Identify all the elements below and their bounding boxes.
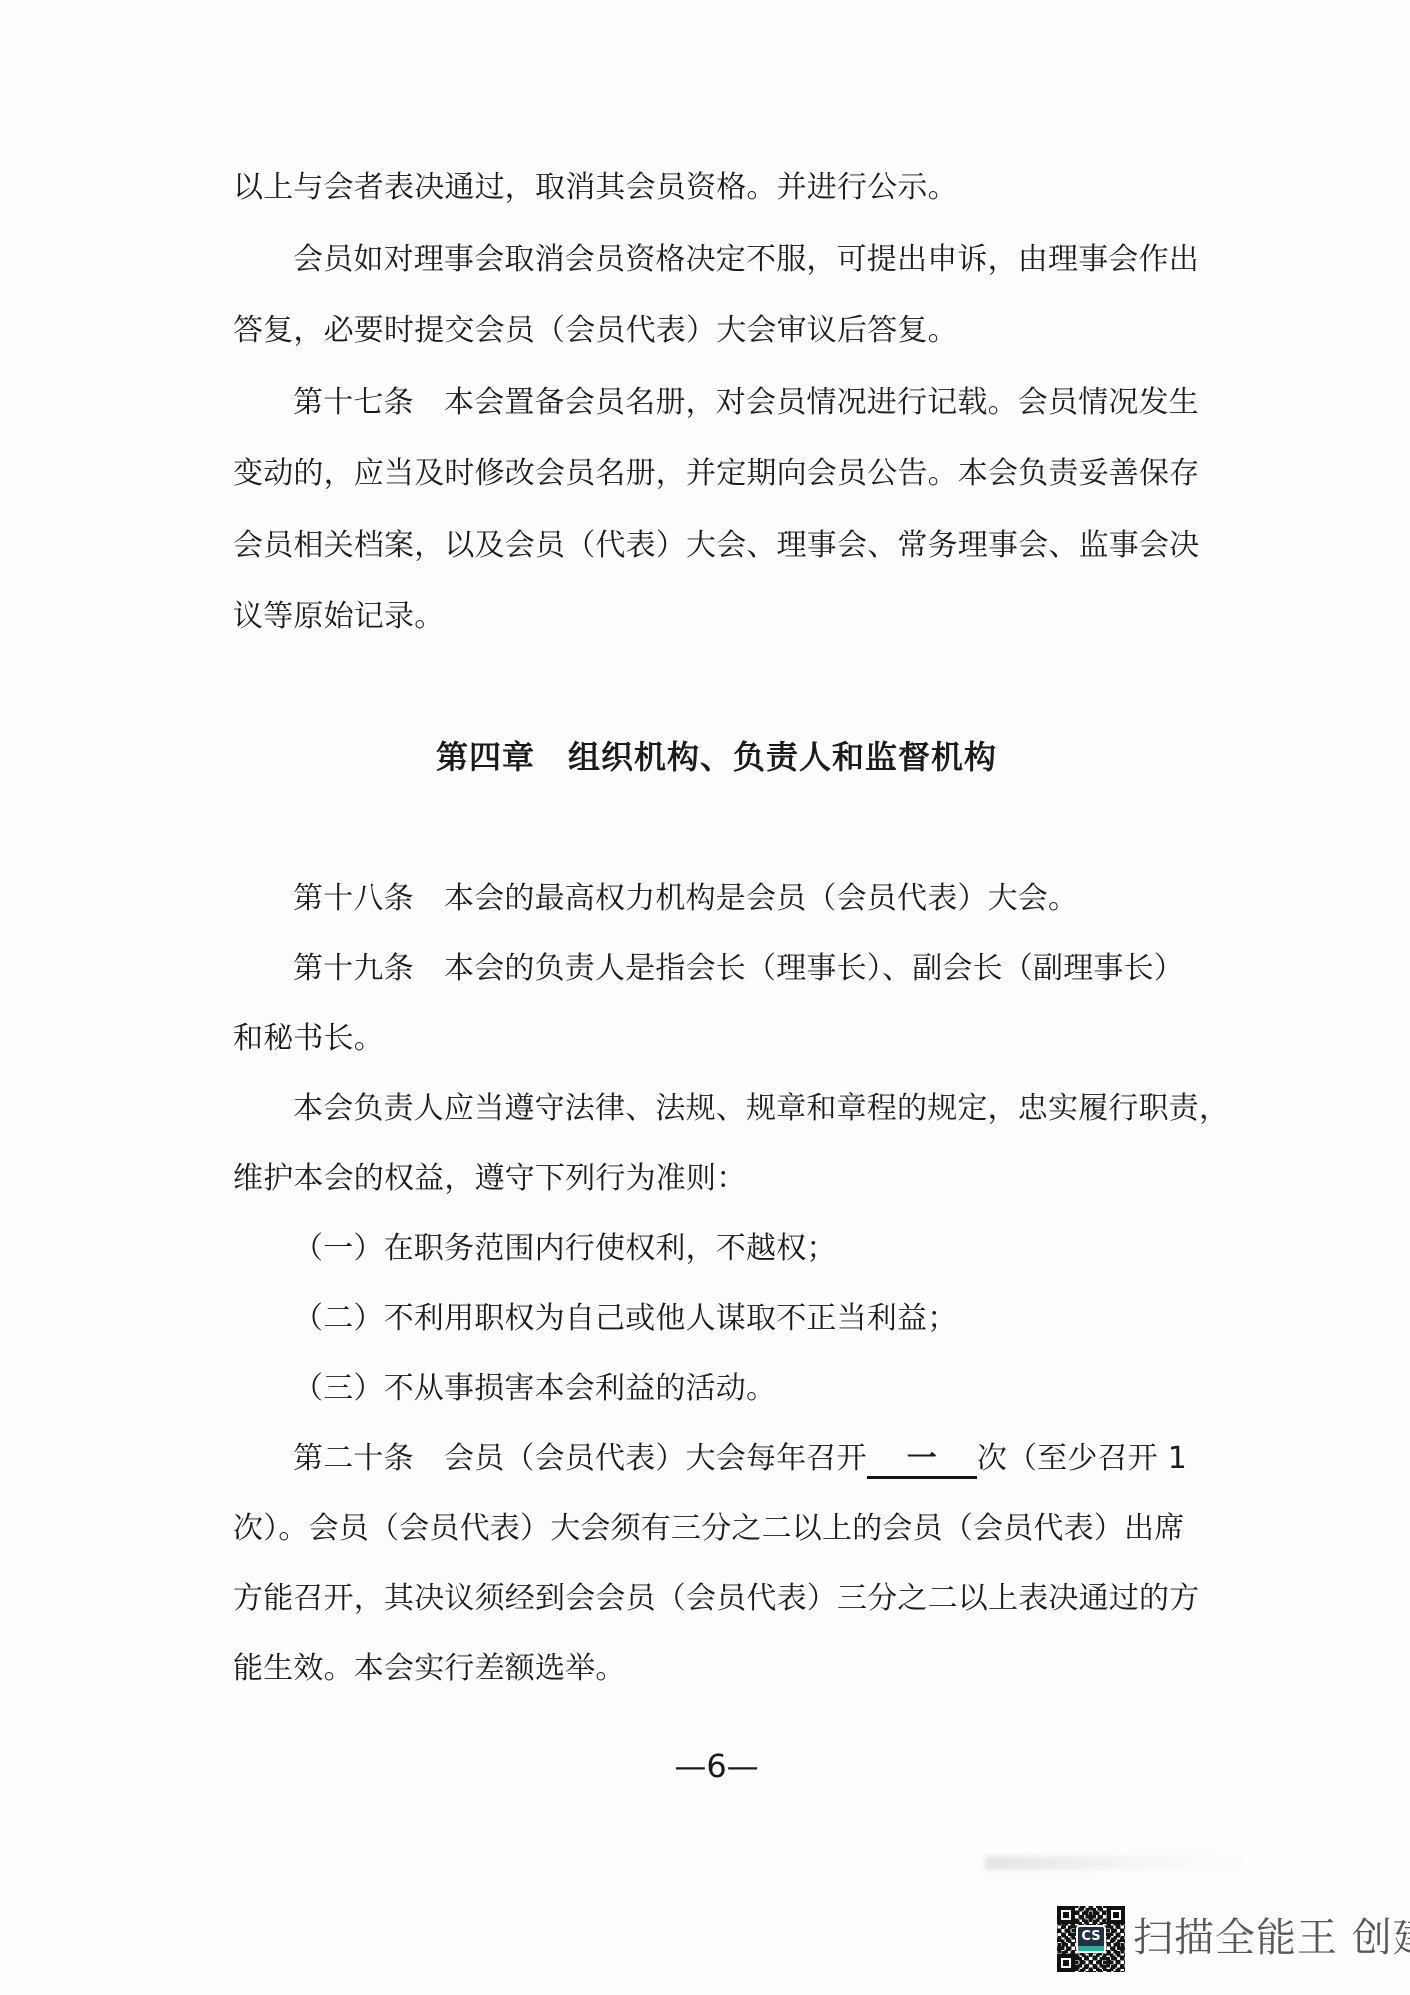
fill-in-blank-value: 一 [907, 1441, 937, 1476]
doc-line: 议等原始记录。 [233, 581, 1200, 653]
article-17-line: 第十七条 本会置备会员名册，对会员情况进行记载。会员情况发生 [233, 367, 1200, 439]
fill-in-blank-underline: 一 [867, 1442, 977, 1479]
qr-code: CS [1057, 1906, 1125, 1972]
doc-line: 会员如对理事会取消会员资格决定不服，可提出申诉，由理事会作出 [233, 224, 1200, 296]
watermark-text: 扫描全能王 创建 [1133, 1916, 1410, 1960]
qr-finder-icon [1057, 1954, 1075, 1972]
article-19-line: 第十九条 本会的负责人是指会长（理事长）、副会长（副理事长） [233, 934, 1200, 1004]
camscanner-logo-text: CS [1078, 1927, 1104, 1946]
qr-finder-icon [1057, 1906, 1075, 1924]
article-18-line: 第十八条 本会的最高权力机构是会员（会员代表）大会。 [233, 864, 1200, 934]
document-page: 以上与会者表决通过，取消其会员资格。并进行公示。 会员如对理事会取消会员资格决定… [0, 0, 1410, 1995]
list-item-2: （二）不利用职权为自己或他人谋取不正当利益； [233, 1284, 1200, 1354]
doc-line: 次）。会员（会员代表）大会须有三分之二以上的会员（会员代表）出席 [233, 1494, 1200, 1564]
doc-line: 以上与会者表决通过，取消其会员资格。并进行公示。 [233, 152, 1200, 224]
section-gap [233, 653, 1200, 721]
doc-line: 和秘书长。 [233, 1004, 1200, 1074]
doc-line: 方能召开，其决议须经到会会员（会员代表）三分之二以上表决通过的方 [233, 1564, 1200, 1634]
doc-line: 答复，必要时提交会员（会员代表）大会审议后答复。 [233, 295, 1200, 367]
chapter-heading: 第四章 组织机构、负责人和监督机构 [233, 721, 1200, 793]
qr-finder-icon [1107, 1906, 1125, 1924]
doc-line: 维护本会的权益，遵守下列行为准则： [233, 1144, 1200, 1214]
page-number: —6— [233, 1750, 1200, 1782]
doc-line: 能生效。本会实行差额选举。 [233, 1634, 1200, 1704]
document-body: 以上与会者表决通过，取消其会员资格。并进行公示。 会员如对理事会取消会员资格决定… [233, 152, 1200, 1704]
camscanner-logo: CS [1076, 1925, 1106, 1953]
doc-line: 本会负责人应当遵守法律、法规、规章和章程的规定，忠实履行职责， [233, 1074, 1200, 1144]
list-item-3: （三）不从事损害本会利益的活动。 [233, 1354, 1200, 1424]
scan-artifact [985, 1856, 1245, 1870]
article-20-text-before: 第二十条 会员（会员代表）大会每年召开 [293, 1441, 867, 1476]
list-item-1: （一）在职务范围内行使权利，不越权； [233, 1214, 1200, 1284]
article-20-text-after: 次（至少召开 1 [977, 1441, 1187, 1476]
section-gap [233, 793, 1200, 864]
doc-line: 变动的，应当及时修改会员名册，并定期向会员公告。本会负责妥善保存 [233, 438, 1200, 510]
camscanner-logo-accent-bar [1078, 1946, 1104, 1951]
article-20-line: 第二十条 会员（会员代表）大会每年召开一次（至少召开 1 [233, 1424, 1200, 1494]
doc-line: 会员相关档案，以及会员（代表）大会、理事会、常务理事会、监事会决 [233, 510, 1200, 582]
